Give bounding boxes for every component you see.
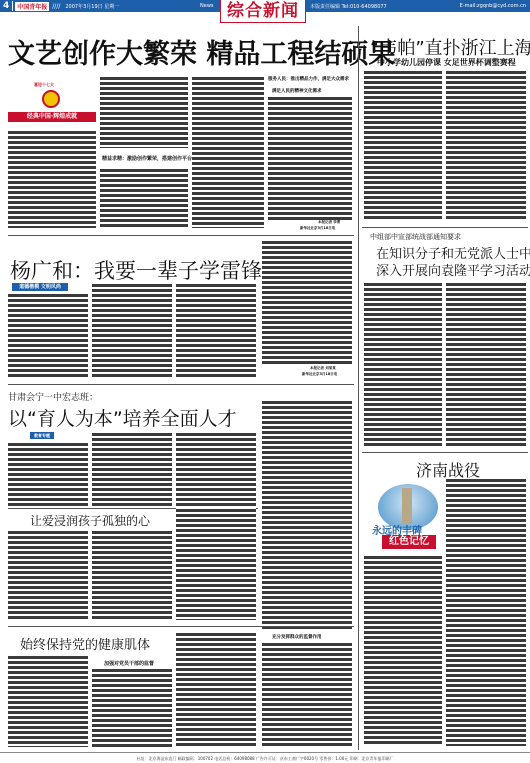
jinan-badge-line2: 红色记忆 <box>382 535 436 549</box>
yang-byline: 本报记者 刘某某 <box>310 366 336 371</box>
section-title: 综合新闻 <box>220 0 306 23</box>
main-article-col2b <box>100 168 188 228</box>
main-byline: 本报记者 李菁 <box>318 220 340 225</box>
children-col1 <box>8 530 88 620</box>
main-subhead-2: 服务人民：推出精品力作，满足大众需求 <box>268 76 349 82</box>
yang-headline[interactable]: 杨广和：我要一辈子学雷锋 <box>10 255 262 285</box>
badge-xiying-shiqida: 喜迎十七大 经典中国·辉煌成就 <box>8 84 96 126</box>
party-col4 <box>262 642 352 747</box>
gansu-headline[interactable]: 以“育人为本”培养全面人才 <box>8 404 237 431</box>
children-col3 <box>176 508 256 620</box>
party-col2 <box>92 668 172 747</box>
main-subhead-3: 满足人民的精神文化需求 <box>272 88 322 94</box>
yang-col4 <box>262 240 352 364</box>
zuzhibu-headline-line2[interactable]: 深入开展向袁隆平学习活动 <box>376 260 530 279</box>
yang-col3 <box>176 283 256 377</box>
party-emblem-icon <box>42 90 60 108</box>
party-col1 <box>8 655 88 747</box>
column-divider <box>358 26 359 750</box>
gansu-col1 <box>8 442 88 506</box>
issue-date: 2007年3月19日 星期一 <box>65 3 119 10</box>
gansu-col3 <box>176 432 256 506</box>
weipa-col1 <box>364 70 442 220</box>
main-article-col4 <box>268 96 352 220</box>
main-source: 新华社北京3月18日电 <box>300 226 335 231</box>
party-subhead-center: 加强对党员干部的监督 <box>104 660 154 667</box>
yang-kicker: 道德楷模 文明风尚 <box>12 283 68 291</box>
news-label: News <box>200 3 214 9</box>
divider <box>362 452 528 453</box>
main-article-col1 <box>8 130 96 228</box>
weipa-col2 <box>446 70 526 220</box>
gansu-col4 <box>262 400 352 630</box>
slash-decoration: //// <box>52 3 60 10</box>
divider <box>8 626 354 627</box>
gansu-tag: 教育专题 <box>30 432 54 439</box>
badge-top-text: 喜迎十七大 <box>34 82 54 88</box>
editor-tel: 本版责任编辑 Tel:010-64098077 <box>310 3 387 10</box>
gansu-kicker: 甘肃会宁一中宏志班： <box>8 390 98 403</box>
yang-source: 新华社北京3月18日电 <box>302 372 337 377</box>
paper-logo: 中国青年报 <box>15 2 49 11</box>
masthead: 4 中国青年报 //// 2007年3月19日 星期一 News 综合新闻 本版… <box>0 0 530 12</box>
party-headline[interactable]: 始终保持党的健康肌体 <box>20 634 150 653</box>
zuzhibu-col1 <box>364 282 442 448</box>
gansu-col2 <box>92 432 172 506</box>
jinan-col1 <box>364 555 442 745</box>
main-headline[interactable]: 文艺创作大繁荣 精品工程结硕果 <box>8 32 395 71</box>
zuzhibu-kicker: 中组部中宣部统战部通知要求 <box>370 232 461 242</box>
weipa-subhead: 中小学幼儿园停课 女足世界杯调整赛程 <box>377 57 516 68</box>
email: E-mail:zgqnb@cyd.com.cn <box>460 3 526 9</box>
children-headline[interactable]: 让爱浸润孩子孤独的心 <box>30 512 150 529</box>
badge-label: 经典中国·辉煌成就 <box>8 112 96 122</box>
main-article-col2 <box>100 76 188 148</box>
zuzhibu-col2 <box>446 282 526 448</box>
divider <box>8 235 354 236</box>
divider <box>362 227 528 228</box>
party-subhead-right: 充分发挥群众的监督作用 <box>272 634 322 640</box>
main-subhead-1: 精益求精：激励创作繁荣，搭建创作平台 <box>102 155 192 162</box>
monument-tower-icon <box>402 488 412 524</box>
party-col3 <box>176 632 256 747</box>
yang-col1 <box>8 293 88 377</box>
children-col2 <box>92 530 172 620</box>
main-article-col3 <box>192 76 264 228</box>
page-number: 4 <box>0 1 13 11</box>
yang-col2 <box>92 283 172 377</box>
jinan-col2 <box>446 478 526 746</box>
divider <box>8 384 354 385</box>
page-footer: 社址：北京海淀东直门 邮政编码：100702 电话总机：64098088 广告许… <box>0 752 530 763</box>
